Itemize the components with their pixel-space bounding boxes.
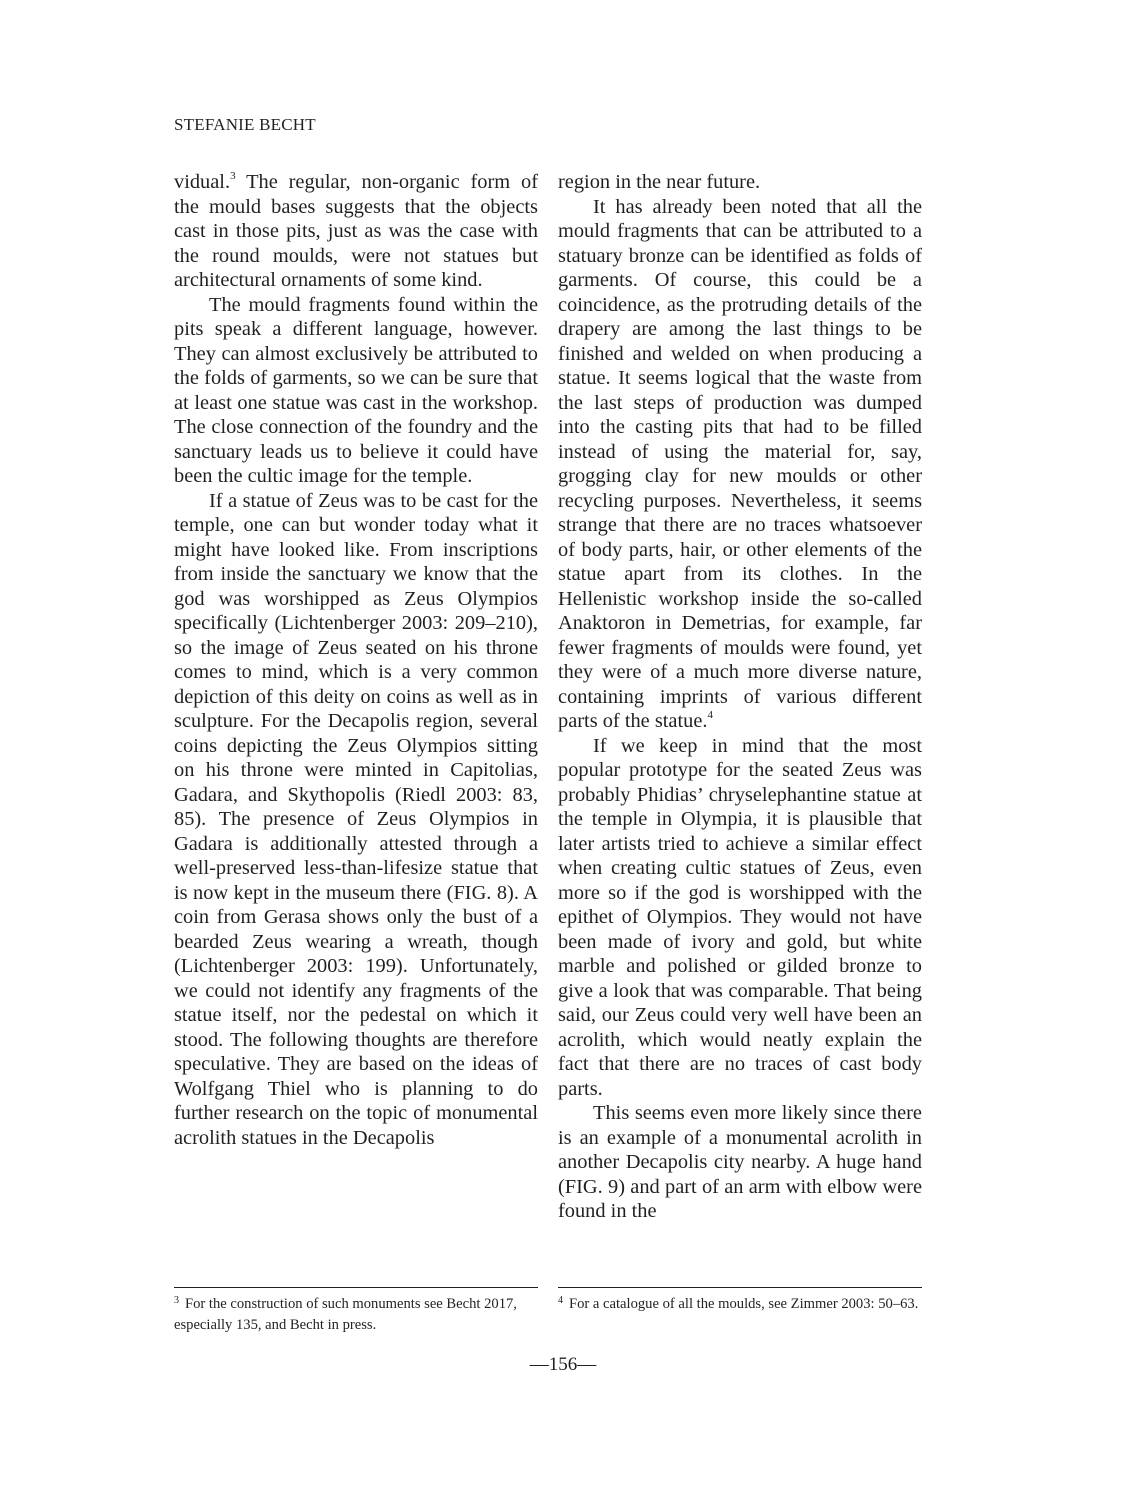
- footnote-text: For the construction of such monuments s…: [174, 1296, 517, 1333]
- paragraph: This seems even more likely since there …: [558, 1101, 922, 1224]
- paragraph-text: It has already been noted that all the m…: [558, 196, 922, 733]
- right-column: region in the near future. It has alread…: [558, 170, 922, 1224]
- footnote-ref-4[interactable]: 4: [708, 709, 714, 721]
- paragraph: It has already been noted that all the m…: [558, 195, 922, 734]
- footnote-3: 3For the construction of such monuments …: [174, 1294, 540, 1336]
- paragraph: The mould fragments found within the pit…: [174, 293, 538, 489]
- paragraph-text: vidual.: [174, 171, 230, 193]
- footnote-number: 4: [558, 1295, 563, 1306]
- footnote-text: For a catalogue of all the moulds, see Z…: [569, 1296, 918, 1312]
- footnote-4: 4For a catalogue of all the moulds, see …: [558, 1294, 924, 1315]
- page-number: —156—: [0, 1354, 1126, 1376]
- footnote-divider: [174, 1287, 538, 1288]
- footnote-number: 3: [174, 1295, 179, 1306]
- paragraph: vidual.3 The regular, non-organic form o…: [174, 170, 538, 293]
- paragraph: If we keep in mind that the most popular…: [558, 734, 922, 1102]
- paragraph: If a statue of Zeus was to be cast for t…: [174, 489, 538, 1151]
- running-head: STEFANIE BECHT: [174, 115, 316, 135]
- paragraph: region in the near future.: [558, 170, 922, 195]
- left-column: vidual.3 The regular, non-organic form o…: [174, 170, 538, 1150]
- footnote-divider: [558, 1287, 922, 1288]
